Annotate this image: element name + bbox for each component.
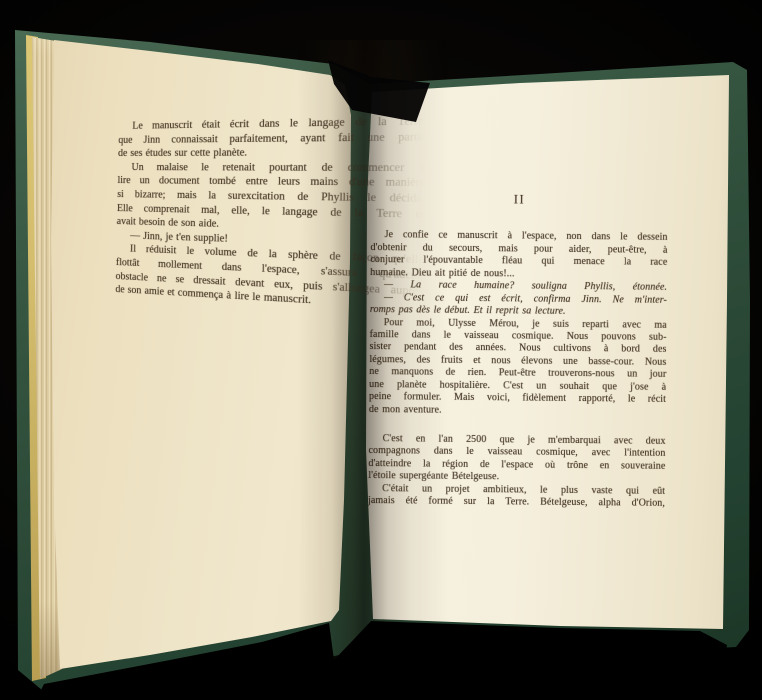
chapter-heading: II (371, 192, 668, 207)
text-line: de ses études sur cette planète. (118, 145, 426, 161)
right-page-text: II Je confie ce manuscrit à l'espace, no… (368, 192, 668, 510)
photo-background: Le manuscrit était écrit dans le langage… (0, 0, 762, 700)
text-line: de mon aventure. (369, 404, 666, 419)
